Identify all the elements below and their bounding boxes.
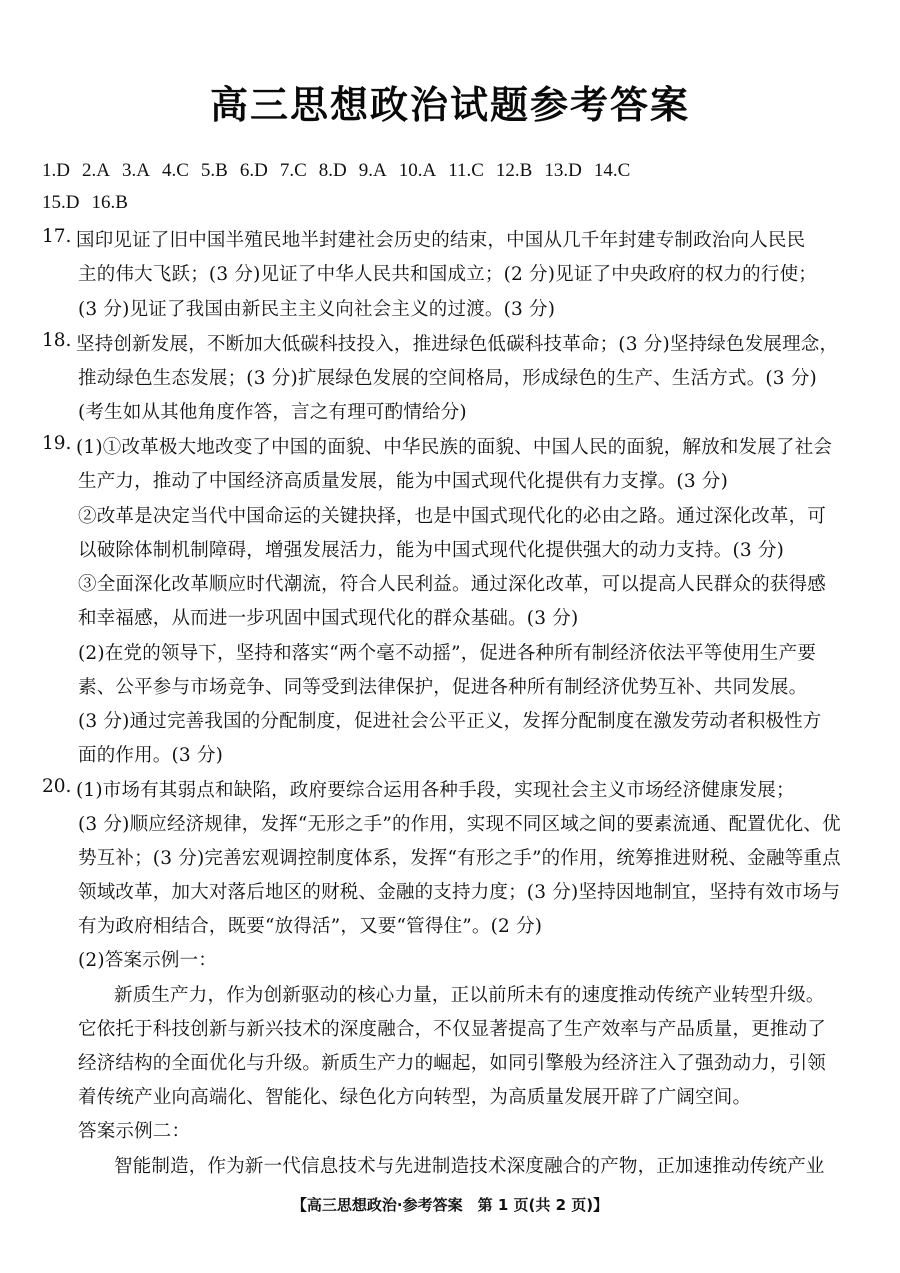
answer-line: 面的作用。(3 分) bbox=[78, 741, 223, 767]
answer-line: 答案示例二： bbox=[78, 1117, 190, 1143]
answer-line: 坚持创新发展，不断加大低碳科技投入，推进绿色低碳科技革命；(3 分)坚持绿色发展… bbox=[76, 330, 838, 356]
mc-answer: 1.D bbox=[42, 155, 70, 187]
mc-answer: 13.D bbox=[544, 155, 581, 187]
answer-line: 智能制造，作为新一代信息技术与先进制造技术深度融合的产物，正加速推动传统产业 bbox=[114, 1152, 825, 1178]
answer-line: 着传统产业向高端化、智能化、绿色化方向转型，为高质量发展开辟了广阔空间。 bbox=[78, 1083, 751, 1109]
mc-answer: 2.A bbox=[82, 155, 110, 187]
answer-line: 推动绿色生态发展；(3 分)扩展绿色发展的空间格局，形成绿色的生产、生活方式。(… bbox=[78, 364, 817, 390]
answer-line: 新质生产力，作为创新驱动的核心力量，正以前所未有的速度推动传统产业转型升级。 bbox=[114, 981, 825, 1007]
answer-line: (1)①改革极大地改变了中国的面貌、中华民族的面貌、中国人民的面貌，解放和发展了… bbox=[76, 433, 832, 459]
mc-answer: 3.A bbox=[122, 155, 150, 187]
mc-answer: 6.D bbox=[240, 155, 268, 187]
mc-answer: 16.B bbox=[91, 187, 127, 219]
answer-line: 势互补；(3 分)完善宏观调控制度体系，发挥“有形之手”的作用，统筹推进财税、金… bbox=[78, 844, 841, 870]
mc-answer: 9.A bbox=[359, 155, 387, 187]
page-footer: 【高三思想政治·参考答案 第 1 页(共 2 页)】 bbox=[0, 1194, 900, 1215]
mc-answer: 12.B bbox=[496, 155, 532, 187]
mc-answer: 15.D bbox=[42, 187, 79, 219]
mc-answer: 7.C bbox=[280, 155, 307, 187]
mc-answer: 11.C bbox=[448, 155, 484, 187]
answer-line: (考生如从其他角度作答，言之有理可酌情给分) bbox=[78, 398, 467, 424]
page-title: 高三思想政治试题参考答案 bbox=[0, 74, 900, 129]
mc-answer: 10.A bbox=[399, 155, 436, 187]
answer-line: 主的伟大飞跃；(3 分)见证了中华人民共和国成立；(2 分)见证了中央政府的权力… bbox=[78, 260, 817, 286]
answer-line: 经济结构的全面优化与升级。新质生产力的崛起，如同引擎般为经济注入了强劲动力，引领 bbox=[78, 1049, 826, 1075]
answer-line: 以破除体制机制障碍，增强发展活力，能为中国式现代化提供强大的动力支持。(3 分) bbox=[78, 536, 784, 562]
mc-answer: 4.C bbox=[162, 155, 189, 187]
mc-answer: 14.C bbox=[594, 155, 630, 187]
answer-line: 它依托于科技创新与新兴技术的深度融合，不仅显著提高了生产效率与产品质量，更推动了 bbox=[78, 1015, 826, 1041]
answer-line: (3 分)顺应经济规律，发挥“无形之手”的作用，实现不同区域之间的要素流通、配置… bbox=[78, 810, 841, 836]
question-number: 18. bbox=[42, 330, 71, 351]
answer-line: (3 分)通过完善我国的分配制度，促进社会公平正义，发挥分配制度在激发劳动者积极… bbox=[78, 707, 822, 733]
answer-line: 和幸福感，从而进一步巩固中国式现代化的群众基础。(3 分) bbox=[78, 604, 578, 630]
answer-line: 生产力，推动了中国经济高质量发展，能为中国式现代化提供有力支撑。(3 分) bbox=[78, 467, 728, 493]
mc-answer: 8.D bbox=[319, 155, 347, 187]
answer-line: 国印见证了旧中国半殖民地半封建社会历史的结束，中国从几千年封建专制政治向人民民 bbox=[76, 226, 805, 252]
mc-answer: 5.B bbox=[201, 155, 228, 187]
question-number: 19. bbox=[42, 433, 71, 454]
answer-line: 素、公平参与市场竞争、同等受到法律保护，促进各种所有制经济优势互补、共同发展。 bbox=[78, 673, 807, 699]
answer-line: (1)市场有其弱点和缺陷，政府要综合运用各种手段，实现社会主义市场经济健康发展； bbox=[76, 776, 795, 802]
answer-line: (2)在党的领导下，坚持和落实“两个毫不动摇”，促进各种所有制经济依法平等使用生… bbox=[78, 639, 816, 665]
answer-line: (2)答案示例一： bbox=[78, 946, 217, 972]
answer-line: 领域改革，加大对落后地区的财税、金融的支持力度；(3 分)坚持因地制宜，坚持有效… bbox=[78, 878, 840, 904]
answer-line: ③全面深化改革顺应时代潮流，符合人民利益。通过深化改革，可以提高人民群众的获得感 bbox=[78, 570, 826, 596]
answer-line: ②改革是决定当代中国命运的关键抉择，也是中国式现代化的必由之路。通过深化改革，可 bbox=[78, 502, 826, 528]
question-number: 17. bbox=[42, 226, 71, 247]
question-number: 20. bbox=[42, 776, 71, 797]
answer-line: 有为政府相结合，既要“放得活”，又要“管得住”。(2 分) bbox=[78, 912, 542, 938]
answer-line: (3 分)见证了我国由新民主主义向社会主义的过渡。(3 分) bbox=[78, 295, 555, 321]
multiple-choice-answers: 1.D2.A3.A4.C5.B6.D7.C8.D9.A10.A11.C12.B1… bbox=[42, 155, 862, 219]
